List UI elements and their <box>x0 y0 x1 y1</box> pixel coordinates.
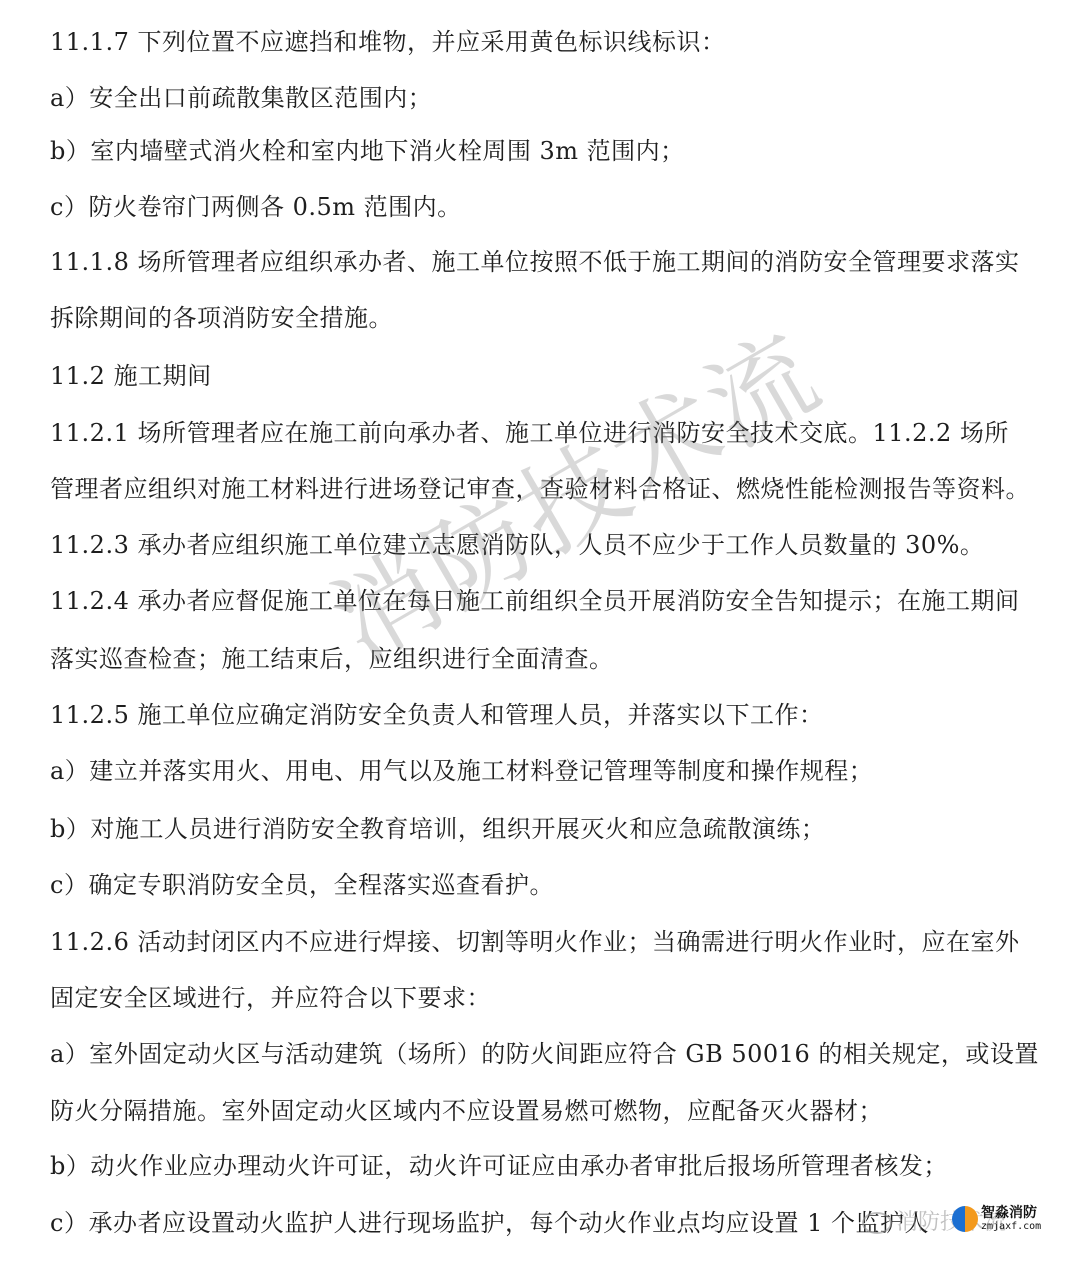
text-line: 11.2.1 场所管理者应在施工前向承办者、施工单位进行消防安全技术交底。11.… <box>50 418 1009 448</box>
text-line: c）防火卷帘门两侧各 0.5m 范围内。 <box>50 192 462 222</box>
wechat-icon <box>862 1212 892 1234</box>
text-line: 落实巡查检查；施工结束后，应组织进行全面清查。 <box>50 644 614 674</box>
zmjaxf-logo-icon <box>952 1206 978 1232</box>
text-line: 11.1.8 场所管理者应组织承办者、施工单位按照不低于施工期间的消防安全管理要… <box>50 247 1019 277</box>
text-line: 11.2.6 活动封闭区内不应进行焊接、切割等明火作业；当确需进行明火作业时，应… <box>50 927 1019 957</box>
text-line: b）室内墙壁式消火栓和室内地下消火栓周围 3m 范围内； <box>50 136 685 166</box>
text-line: 11.2.3 承办者应组织施工单位建立志愿消防队，人员不应少于工作人员数量的 3… <box>50 530 984 560</box>
text-line: a）室外固定动火区与活动建筑（场所）的防火间距应符合 GB 50016 的相关规… <box>50 1039 1039 1069</box>
text-line: b）动火作业应办理动火许可证，动火许可证应由承办者审批后报场所管理者核发； <box>50 1151 948 1181</box>
text-line: 拆除期间的各项消防安全措施。 <box>50 303 393 333</box>
text-line: c）确定专职消防安全员，全程落实巡查看护。 <box>50 870 554 900</box>
text-line: a）建立并落实用火、用电、用气以及施工材料登记管理等制度和操作规程； <box>50 756 873 786</box>
text-line: 管理者应组织对施工材料进行进场登记审查，查验材料合格证、燃烧性能检测报告等资料。 <box>50 474 1030 504</box>
text-line: b）对施工人员进行消防安全教育培训，组织开展灭火和应急疏散演练； <box>50 814 825 844</box>
text-line: a）安全出口前疏散集散区范围内； <box>50 83 432 113</box>
text-line: c）承办者应设置动火监护人进行现场监护，每个动火作业点均应设置 1 个监护人 <box>50 1208 929 1238</box>
text-line: 11.2.4 承办者应督促施工单位在每日施工前组织全员开展消防安全告知提示；在施… <box>50 586 1019 616</box>
logo-url: zmjaxf.com <box>981 1222 1041 1232</box>
document-page: 11.1.7 下列位置不应遮挡和堆物，并应采用黄色标识线标识： a）安全出口前疏… <box>0 0 1080 1261</box>
text-line: 11.1.7 下列位置不应遮挡和堆物，并应采用黄色标识线标识： <box>50 27 725 57</box>
section-heading: 11.2 施工期间 <box>50 361 212 391</box>
text-line: 11.2.5 施工单位应确定消防安全负责人和管理人员，并落实以下工作： <box>50 700 823 730</box>
site-logo: 智淼消防 zmjaxf.com <box>952 1206 1041 1232</box>
text-line: 防火分隔措施。室外固定动火区域内不应设置易燃可燃物，应配备灭火器材； <box>50 1096 883 1126</box>
text-line: 固定安全区域进行，并应符合以下要求： <box>50 983 491 1013</box>
logo-name: 智淼消防 <box>981 1206 1041 1220</box>
